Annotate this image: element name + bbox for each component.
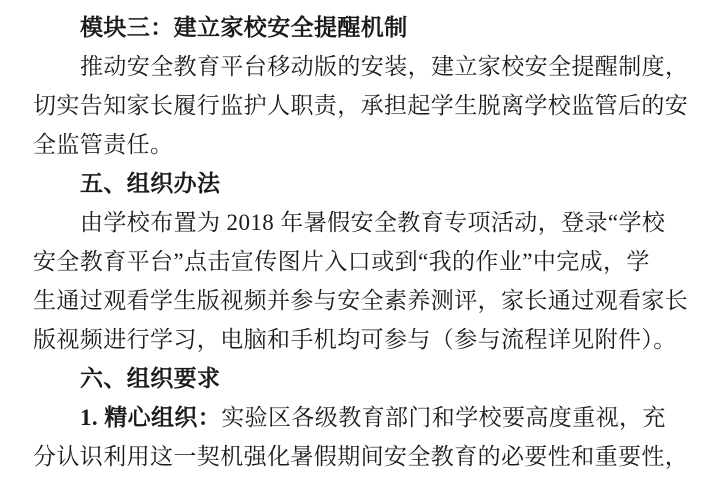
text-line: 生通过观看学生版视频并参与安全素养测评，家长通过观看家长 (33, 281, 686, 320)
item-label-bold: 1. 精心组织： (80, 405, 221, 430)
heading-section-five: 五、组织办法 (33, 164, 686, 203)
text-line: 推动安全教育平台移动版的安装，建立家校安全提醒制度， (33, 47, 686, 86)
heading-module-three: 模块三：建立家校安全提醒机制 (33, 8, 686, 47)
text-line: 分认识利用这一契机强化暑假期间安全教育的必要性和重要性， (33, 437, 686, 476)
body-text: 生通过观看学生版视频并参与安全素养测评，家长通过观看家长 (33, 288, 688, 313)
text-line: 1. 精心组织：实验区各级教育部门和学校要高度重视，充 (33, 398, 686, 437)
heading-text: 模块三：建立家校安全提醒机制 (80, 15, 408, 40)
text-line: 版视频进行学习，电脑和手机均可参与（参与流程详见附件）。 (33, 320, 686, 359)
body-text: 实验区各级教育部门和学校要高度重视，充 (221, 405, 666, 430)
text-line: 安全教育平台”点击宣传图片入口或到“我的作业”中完成，学 (33, 242, 686, 281)
document-page: 模块三：建立家校安全提醒机制 推动安全教育平台移动版的安装，建立家校安全提醒制度… (0, 0, 720, 487)
heading-text: 五、组织办法 (80, 171, 220, 196)
body-text: 全监管责任。 (33, 132, 173, 157)
body-text: 分认识利用这一契机强化暑假期间安全教育的必要性和重要性， (33, 444, 688, 469)
body-text: 安全教育平台”点击宣传图片入口或到“我的作业”中完成，学 (33, 249, 650, 274)
body-text: 切实告知家长履行监护人职责，承担起学生脱离学校监管后的安 (33, 93, 688, 118)
heading-section-six: 六、组织要求 (33, 359, 686, 398)
text-line: 由学校布置为 2018 年暑假安全教育专项活动，登录“学校 (33, 203, 686, 242)
text-line: 切实告知家长履行监护人职责，承担起学生脱离学校监管后的安 (33, 86, 686, 125)
body-text: 推动安全教育平台移动版的安装，建立家校安全提醒制度， (80, 54, 688, 79)
body-text: 版视频进行学习，电脑和手机均可参与（参与流程详见附件）。 (33, 327, 677, 352)
heading-text: 六、组织要求 (80, 366, 220, 391)
text-line: 全监管责任。 (33, 125, 686, 164)
body-text: 由学校布置为 2018 年暑假安全教育专项活动，登录“学校 (80, 210, 665, 235)
